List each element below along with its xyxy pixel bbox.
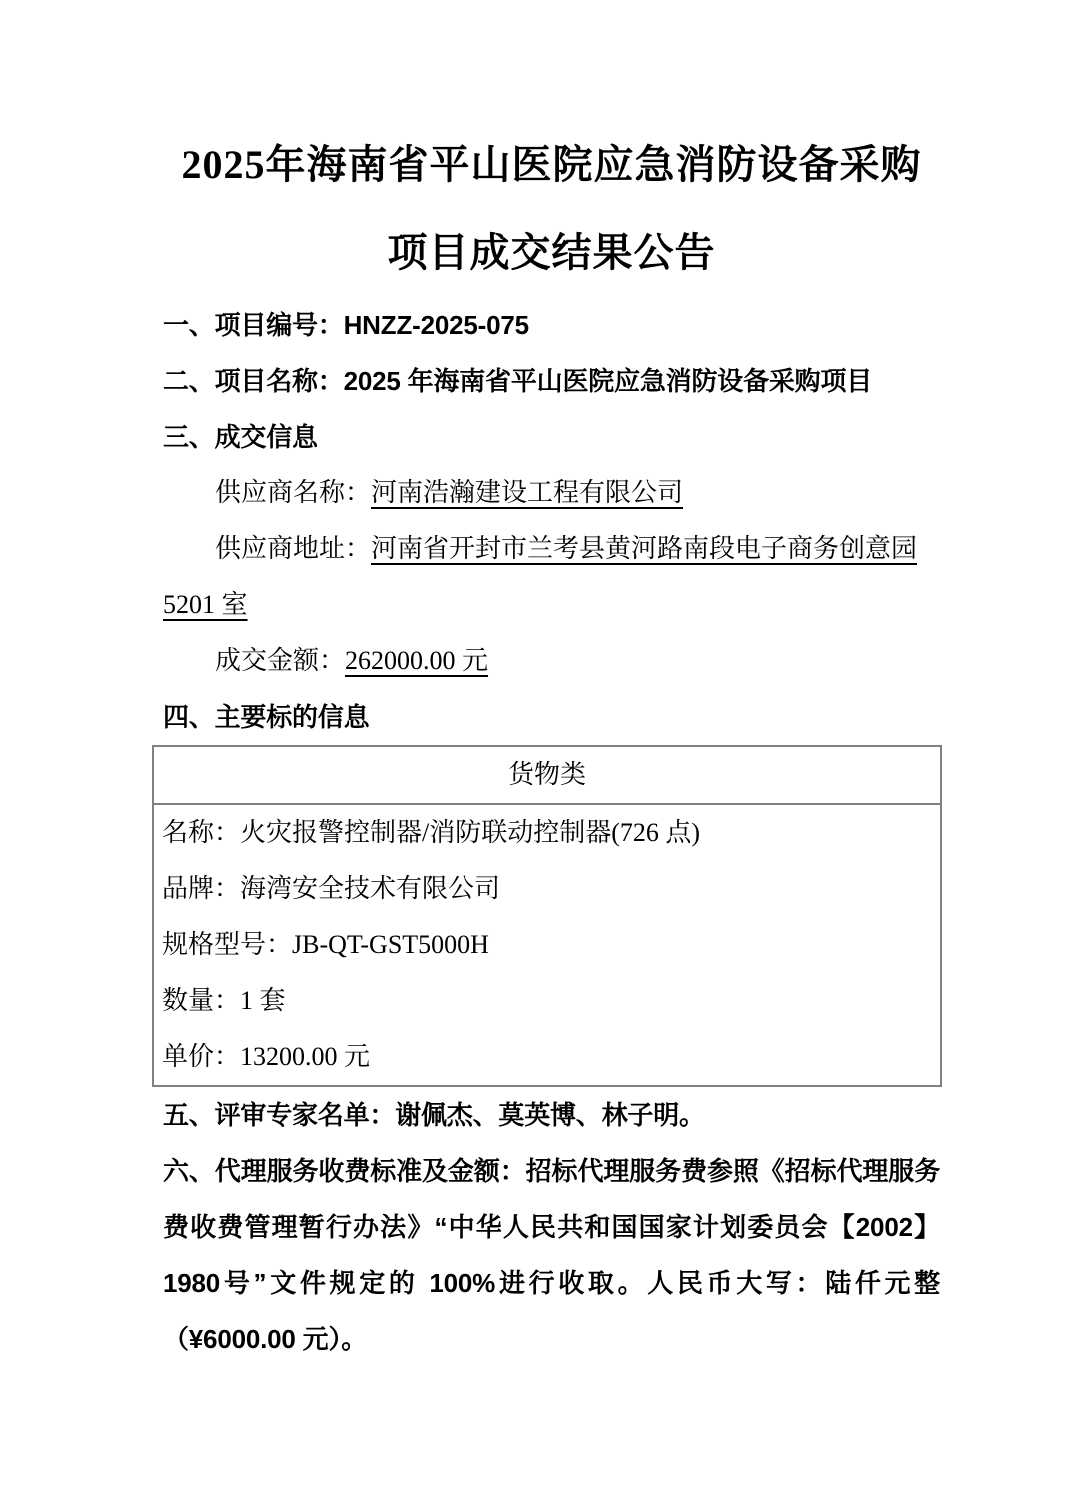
goods-table-body: 名称：火灾报警控制器/消防联动控制器(726 点) 品牌：海湾安全技术有限公司 … (154, 805, 940, 1085)
goods-table-header: 货物类 (154, 747, 940, 805)
goods-row-quantity: 数量：1 套 (162, 973, 940, 1029)
title-line-1: 2025年海南省平山医院应急消防设备采购 (163, 121, 940, 209)
supplier-address-label: 供应商地址： (215, 534, 371, 563)
document-body: 一、项目编号：HNZZ-2025-075 二、项目名称：2025 年海南省平山医… (163, 297, 940, 1367)
supplier-address-line: 供应商地址：河南省开封市兰考县黄河路南段电子商务创意园 5201 室 (163, 521, 940, 633)
experts-label: 五、评审专家名单： (163, 1100, 395, 1130)
section-experts: 五、评审专家名单：谢佩杰、莫英博、林子明。 (163, 1087, 940, 1143)
project-number-value: HNZZ-2025-075 (344, 310, 529, 340)
agency-fee-label: 六、代理服务收费标准及金额： (163, 1156, 526, 1186)
document-title: 2025年海南省平山医院应急消防设备采购 项目成交结果公告 (163, 121, 940, 297)
supplier-name-line: 供应商名称：河南浩瀚建设工程有限公司 (163, 465, 940, 521)
project-name-value: 2025 年海南省平山医院应急消防设备采购项目 (344, 366, 872, 396)
supplier-name-value: 河南浩瀚建设工程有限公司 (371, 478, 683, 507)
document-content: 2025年海南省平山医院应急消防设备采购 项目成交结果公告 一、项目编号：HNZ… (0, 0, 1080, 1367)
project-number-label: 一、项目编号： (163, 310, 344, 340)
goods-row-unit-price: 单价：13200.00 元 (162, 1029, 940, 1085)
document-page: 2025年海南省平山医院应急消防设备采购 项目成交结果公告 一、项目编号：HNZ… (0, 0, 1080, 1512)
goods-table: 货物类 名称：火灾报警控制器/消防联动控制器(726 点) 品牌：海湾安全技术有… (152, 745, 942, 1087)
section-project-name: 二、项目名称：2025 年海南省平山医院应急消防设备采购项目 (163, 353, 940, 409)
supplier-name-label: 供应商名称： (215, 478, 371, 507)
section-agency-fee: 六、代理服务收费标准及金额：招标代理服务费参照《招标代理服务费收费管理暂行办法》… (163, 1143, 940, 1367)
title-line-2: 项目成交结果公告 (163, 209, 940, 297)
goods-row-name: 名称：火灾报警控制器/消防联动控制器(726 点) (162, 805, 940, 861)
experts-value: 谢佩杰、莫英博、林子明。 (395, 1100, 705, 1130)
deal-amount-value: 262000.00 元 (345, 646, 488, 675)
deal-amount-line: 成交金额：262000.00 元 (163, 633, 940, 689)
section-project-number: 一、项目编号：HNZZ-2025-075 (163, 297, 940, 353)
goods-row-brand: 品牌：海湾安全技术有限公司 (162, 861, 940, 917)
goods-row-model: 规格型号：JB-QT-GST5000H (162, 917, 940, 973)
section-deal-info-heading: 三、成交信息 (163, 409, 940, 465)
project-name-label: 二、项目名称： (163, 366, 344, 396)
section-subject-heading: 四、主要标的信息 (163, 689, 940, 745)
deal-amount-label: 成交金额： (215, 646, 345, 675)
